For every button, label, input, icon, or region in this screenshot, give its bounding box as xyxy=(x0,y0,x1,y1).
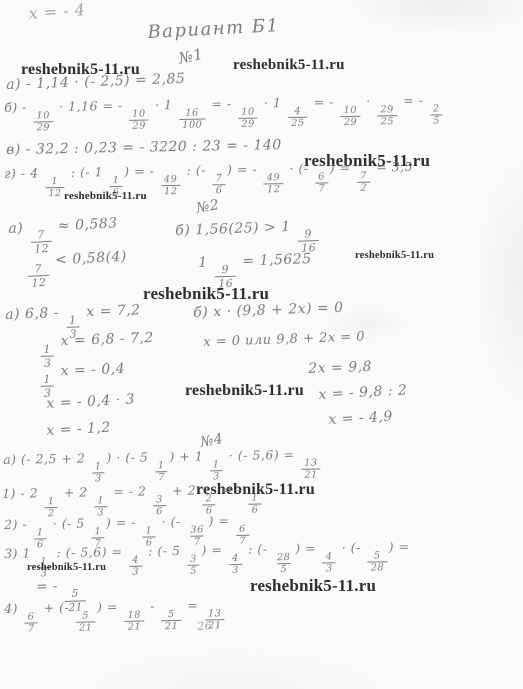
math-line: x = 0 или 9,8 + 2x = 0 xyxy=(203,329,365,351)
math-line: 3) 1 13 : (- 5,6) = 43 : (- 5 35) = 43 :… xyxy=(4,539,410,581)
watermark: reshebnik5-11.ru xyxy=(143,284,269,304)
watermark: reshebnik5-11.ru xyxy=(355,250,434,261)
math-line: б) - 1029 · 1,16 = - 1029 · 1 16100 = - … xyxy=(4,92,445,134)
math-line: x = - 9,8 : 2 xyxy=(318,382,408,404)
watermark: reshebnik5-11.ru xyxy=(233,57,345,74)
scanned-worksheet-page: x = - 4 Вариант Б1 №1 reshebnik5-11.ru r… xyxy=(0,0,523,689)
math-line: 4) 67 + (- 521) = 1821 - 521 = 1321 xyxy=(4,597,227,636)
math-line: в) - 32,2 : 0,23 = - 3220 : 23 = - 140 xyxy=(6,137,282,159)
page-title: Вариант Б1 xyxy=(147,15,280,44)
math-line: x = - 1,2 xyxy=(46,420,111,441)
watermark: reshebnik5-11.ru xyxy=(185,382,304,400)
watermark: reshebnik5-11.ru xyxy=(27,562,106,573)
task-number: №2 xyxy=(195,197,221,218)
math-line: x = - 4,9 xyxy=(328,409,393,430)
math-line: 2x = 9,8 xyxy=(308,359,372,379)
corner-note: x = - 4 xyxy=(28,0,86,24)
watermark: reshebnik5-11.ru xyxy=(250,576,376,596)
math-line: x = - 0,4 · 3 xyxy=(46,391,136,413)
scratch-note: 26 - xyxy=(197,619,221,634)
math-line: 712 < 0,58(4) xyxy=(25,249,128,290)
watermark: reshebnik5-11.ru xyxy=(64,190,147,202)
task-number: №1 xyxy=(177,45,205,68)
